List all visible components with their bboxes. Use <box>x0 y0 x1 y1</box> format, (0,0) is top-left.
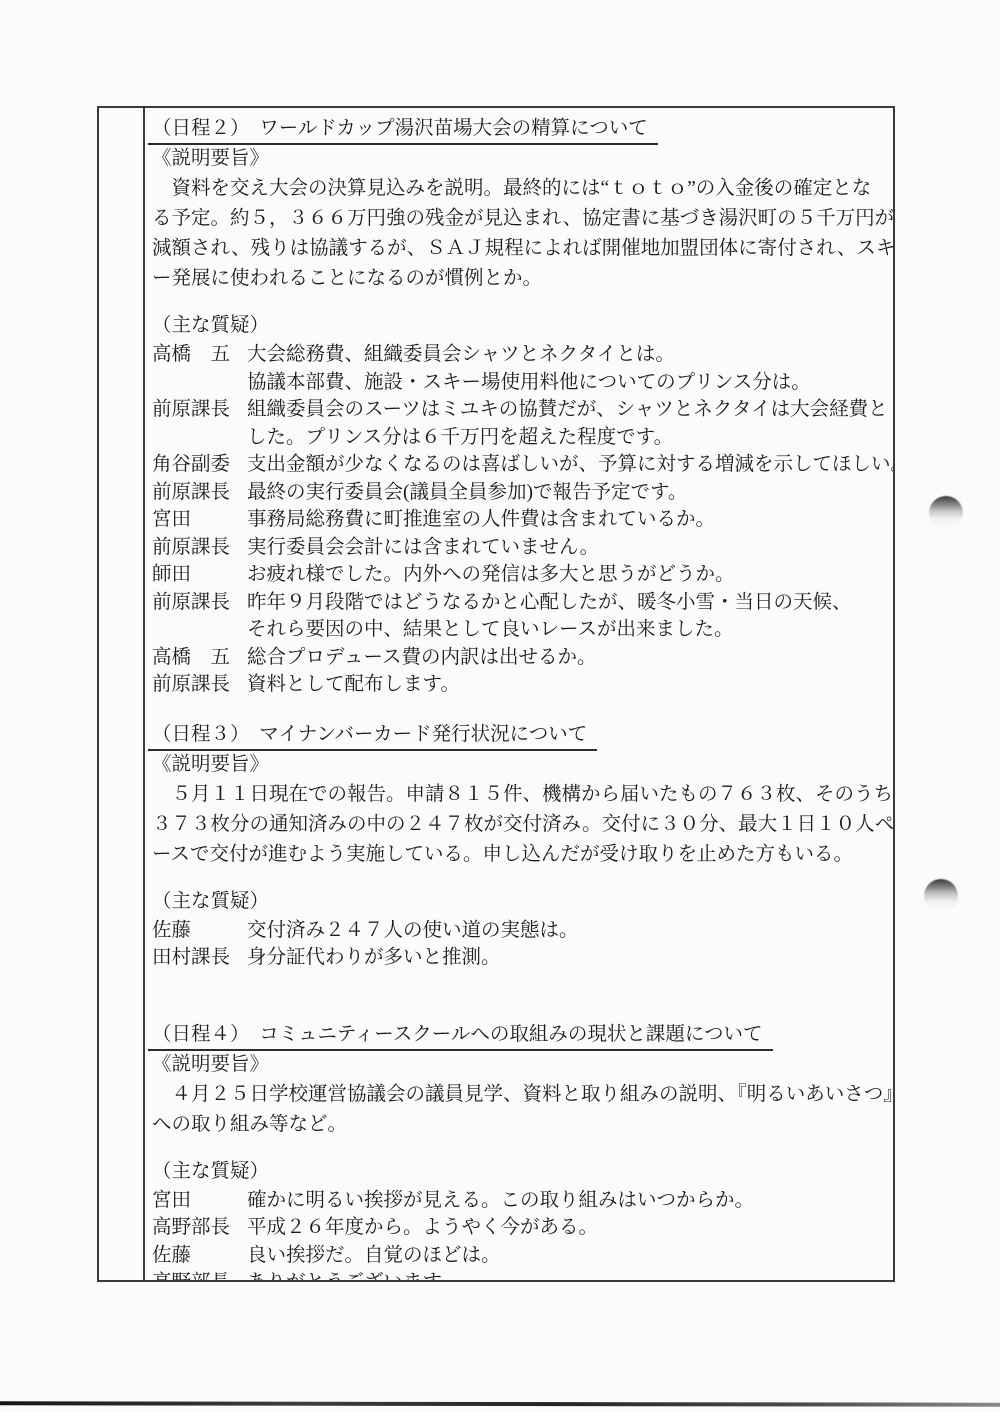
summary-line: ４月２５日学校運営協議会の議員見学、資料と取り組みの説明、『明るいあいさつ』 <box>152 1080 887 1110</box>
qa-statement: ありがとうございます。 <box>247 1269 887 1280</box>
qa-statement: 交付済み２４７人の使い道の実態は。 <box>247 917 887 945</box>
qa-statement: 身分証代わりが多いと推測。 <box>247 944 887 972</box>
qa-lines: 佐藤交付済み２４７人の使い道の実態は。田村課長身分証代わりが多いと推測。 <box>152 917 887 972</box>
punch-hole-bottom <box>924 879 958 913</box>
qa-statement: した。プリンス分は６千万円を超えた程度です。 <box>247 424 887 452</box>
summary-line: 資料を交え大会の決算見込みを説明。最終的には“ｔｏｔｏ”の入金後の確定とな <box>152 174 887 204</box>
qa-line: 角谷副委支出金額が少なくなるのは喜ばしいが、予算に対する増減を示してほしい。 <box>152 451 887 479</box>
qa-speaker <box>152 616 247 644</box>
section-title: （日程２） ワールドカップ湯沢苗場大会の精算について <box>152 114 887 144</box>
summary-heading: 《説明要旨》 <box>152 1050 887 1080</box>
qa-speaker: 佐藤 <box>152 1242 247 1270</box>
qa-statement: 総合プロデュース費の内訳は出せるか。 <box>247 644 887 672</box>
agenda-section: （日程３） マイナンバーカード発行状況について 《説明要旨》 ５月１１日現在での… <box>152 720 887 972</box>
qa-line: 佐藤交付済み２４７人の使い道の実態は。 <box>152 917 887 945</box>
qa-line: 佐藤良い挨拶だ。自覚のほどは。 <box>152 1242 887 1270</box>
qa-statement: 最終の実行委員会(議員全員参加)で報告予定です。 <box>247 479 887 507</box>
qa-speaker: 高野部長 <box>152 1269 247 1280</box>
qa-line: 宮田事務局総務費に町推進室の人件費は含まれているか。 <box>152 506 887 534</box>
minutes-table: （日程２） ワールドカップ湯沢苗場大会の精算について 《説明要旨》 資料を交え大… <box>97 106 895 1282</box>
qa-line: 前原課長最終の実行委員会(議員全員参加)で報告予定です。 <box>152 479 887 507</box>
section-title-text: （日程３） マイナンバーカード発行状況について <box>148 722 597 751</box>
summary-line: への取り組み等など。 <box>152 1110 887 1140</box>
summary-line: る予定。約５，３６６万円強の残金が見込まれ、協定書に基づき湯沢町の５千万円が <box>152 204 887 234</box>
qa-lines: 高橋 五大会総務費、組織委員会シャツとネクタイとは。協議本部費、施設・スキー場使… <box>152 341 887 699</box>
qa-speaker: 前原課長 <box>152 479 247 507</box>
qa-line: 高橋 五大会総務費、組織委員会シャツとネクタイとは。 <box>152 341 887 369</box>
qa-speaker: 前原課長 <box>152 396 247 424</box>
qa-line: 協議本部費、施設・スキー場使用料他についてのプリンス分は。 <box>152 369 887 397</box>
summary-line: ースで交付が進むよう実施している。申し込んだが受け取りを止めた方もいる。 <box>152 840 887 870</box>
qa-speaker: 角谷副委 <box>152 451 247 479</box>
qa-speaker: 前原課長 <box>152 671 247 699</box>
qa-speaker: 前原課長 <box>152 534 247 562</box>
qa-statement: 昨年９月段階ではどうなるかと心配したが、暖冬小雪・当日の天候、 <box>247 589 887 617</box>
qa-statement: 良い挨拶だ。自覚のほどは。 <box>247 1242 887 1270</box>
summary-lines: 資料を交え大会の決算見込みを説明。最終的には“ｔｏｔｏ”の入金後の確定となる予定… <box>152 174 887 294</box>
qa-statement: 資料として配布します。 <box>247 671 887 699</box>
summary-heading: 《説明要旨》 <box>152 144 887 174</box>
qa-statement: 平成２６年度から。ようやく今がある。 <box>247 1214 887 1242</box>
scanned-page: （日程２） ワールドカップ湯沢苗場大会の精算について 《説明要旨》 資料を交え大… <box>0 0 1000 1412</box>
qa-line: 田村課長身分証代わりが多いと推測。 <box>152 944 887 972</box>
summary-line: ５月１１日現在での報告。申請８１５件、機構から届いたもの７６３枚、そのうち <box>152 780 887 810</box>
qa-line: 前原課長実行委員会会計には含まれていません。 <box>152 534 887 562</box>
qa-speaker: 前原課長 <box>152 589 247 617</box>
qa-line: それら要因の中、結果として良いレースが出来ました。 <box>152 616 887 644</box>
questions-heading: （主な質疑） <box>152 311 887 341</box>
questions-heading: （主な質疑） <box>152 887 887 917</box>
qa-statement: 支出金額が少なくなるのは喜ばしいが、予算に対する増減を示してほしい。 <box>247 451 893 479</box>
qa-line: 宮田確かに明るい挨拶が見える。この取り組みはいつからか。 <box>152 1187 887 1215</box>
agenda-section: （日程２） ワールドカップ湯沢苗場大会の精算について 《説明要旨》 資料を交え大… <box>152 114 887 699</box>
qa-statement: 実行委員会会計には含まれていません。 <box>247 534 887 562</box>
qa-line: 高野部長平成２６年度から。ようやく今がある。 <box>152 1214 887 1242</box>
qa-statement: 確かに明るい挨拶が見える。この取り組みはいつからか。 <box>247 1187 887 1215</box>
qa-speaker: 佐藤 <box>152 917 247 945</box>
qa-speaker: 田村課長 <box>152 944 247 972</box>
qa-line: 師田お疲れ様でした。内外への発信は多大と思うがどうか。 <box>152 561 887 589</box>
sections: （日程２） ワールドカップ湯沢苗場大会の精算について 《説明要旨》 資料を交え大… <box>152 114 887 1280</box>
summary-lines: ５月１１日現在での報告。申請８１５件、機構から届いたもの７６３枚、そのうち３７３… <box>152 780 887 870</box>
section-title-text: （日程４） コミュニティースクールへの取組みの現状と課題について <box>148 1022 773 1051</box>
qa-line: 高橋 五総合プロデュース費の内訳は出せるか。 <box>152 644 887 672</box>
qa-line: 高野部長ありがとうございます。 <box>152 1269 887 1280</box>
summary-lines: ４月２５日学校運営協議会の議員見学、資料と取り組みの説明、『明るいあいさつ』への… <box>152 1080 887 1140</box>
summary-heading: 《説明要旨》 <box>152 750 887 780</box>
summary-line: ー発展に使われることになるのが慣例とか。 <box>152 264 887 294</box>
section-title: （日程４） コミュニティースクールへの取組みの現状と課題について <box>152 1020 887 1050</box>
qa-statement: 組織委員会のスーツはミユキの協賛だが、シャツとネクタイは大会経費と <box>247 396 888 424</box>
qa-statement: 大会総務費、組織委員会シャツとネクタイとは。 <box>247 341 887 369</box>
qa-statement: それら要因の中、結果として良いレースが出来ました。 <box>247 616 887 644</box>
qa-speaker: 高橋 五 <box>152 644 247 672</box>
qa-speaker <box>152 369 247 397</box>
qa-lines: 宮田確かに明るい挨拶が見える。この取り組みはいつからか。高野部長平成２６年度から… <box>152 1187 887 1281</box>
qa-line: した。プリンス分は６千万円を超えた程度です。 <box>152 424 887 452</box>
qa-speaker: 高橋 五 <box>152 341 247 369</box>
qa-speaker <box>152 424 247 452</box>
qa-statement: 事務局総務費に町推進室の人件費は含まれているか。 <box>247 506 887 534</box>
section-title: （日程３） マイナンバーカード発行状況について <box>152 720 887 750</box>
qa-line: 前原課長昨年９月段階ではどうなるかと心配したが、暖冬小雪・当日の天候、 <box>152 589 887 617</box>
qa-statement: 協議本部費、施設・スキー場使用料他についてのプリンス分は。 <box>247 369 887 397</box>
qa-statement: お疲れ様でした。内外への発信は多大と思うがどうか。 <box>247 561 887 589</box>
summary-line: ３７３枚分の通知済みの中の２４７枚が交付済み。交付に３０分、最大１日１０人ペ <box>152 810 887 840</box>
table-content-column: （日程２） ワールドカップ湯沢苗場大会の精算について 《説明要旨》 資料を交え大… <box>145 108 893 1280</box>
qa-speaker: 高野部長 <box>152 1214 247 1242</box>
qa-line: 前原課長組織委員会のスーツはミユキの協賛だが、シャツとネクタイは大会経費と <box>152 396 887 424</box>
summary-line: 減額され、残りは協議するが、ＳＡＪ規程によれば開催地加盟団体に寄付され、スキ <box>152 234 887 264</box>
table-left-column <box>99 108 145 1280</box>
qa-speaker: 師田 <box>152 561 247 589</box>
qa-speaker: 宮田 <box>152 1187 247 1215</box>
questions-heading: （主な質疑） <box>152 1157 887 1187</box>
agenda-section: （日程４） コミュニティースクールへの取組みの現状と課題について 《説明要旨》 … <box>152 1020 887 1281</box>
qa-line: 前原課長資料として配布します。 <box>152 671 887 699</box>
scan-edge-artifact <box>0 1401 1000 1406</box>
section-title-text: （日程２） ワールドカップ湯沢苗場大会の精算について <box>148 116 658 145</box>
punch-hole-top <box>929 496 963 530</box>
qa-speaker: 宮田 <box>152 506 247 534</box>
